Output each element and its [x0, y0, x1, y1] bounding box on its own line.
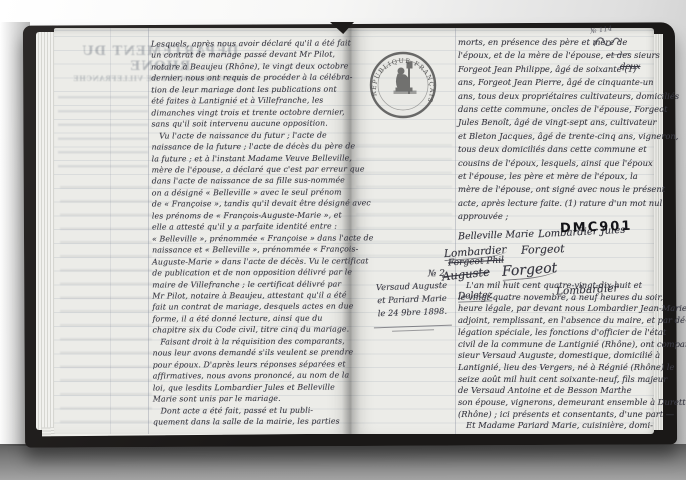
- handwritten-line: morts, en présence des père et mère de: [458, 36, 654, 49]
- margin-note-rule: [374, 325, 452, 329]
- handwritten-line: sans qu'il soit intervenu aucune opposit…: [151, 118, 353, 131]
- paraph-flourish: [592, 34, 622, 50]
- handwritten-line: et Bleton Jacques, âgé de trente-cinq an…: [458, 130, 654, 143]
- right-page-act-opening: L'an mil huit cent quatre-vingt-dix-huit…: [458, 280, 654, 432]
- handwritten-line: naissance et « Belleville », prénommée «…: [152, 244, 354, 257]
- handwritten-line: de Versaud Antoine et de Besson Marthe: [458, 385, 654, 397]
- handwritten-line: L'an mil huit cent quatre-vingt-dix-huit…: [458, 280, 654, 292]
- handwritten-line: dans l'acte de naissance de sa fille sus…: [152, 175, 354, 188]
- handwritten-line: chapitre six du Code civil, titre cinq d…: [152, 324, 354, 337]
- signature-forgeot: Forgeot: [521, 242, 565, 257]
- handwritten-line: nous leur avons demandé s'ils veulent se…: [153, 347, 355, 360]
- register-book: DÉPARTEMENT DU RHONE ARRONDISSEMENT DE V…: [24, 24, 676, 446]
- handwritten-line: légation spéciale, les fonctions d'offic…: [458, 327, 654, 339]
- handwritten-line: dans cette commune, oncles de l'épouse, …: [458, 103, 654, 116]
- handwritten-line: Lantignié, lieu des Vergers, né à Régnié…: [458, 362, 654, 374]
- handwritten-line: sieur Versaud Auguste, domestique, domic…: [458, 350, 654, 362]
- handwritten-line: adjoint, remplissant, en l'absence du ma…: [458, 315, 654, 327]
- handwritten-line: (Rhône) ; ici présents et consentants, d…: [458, 409, 654, 421]
- handwritten-line: naissance de la future ; l'acte de décès…: [152, 141, 354, 154]
- republique-francaise-stamp: RÉPUBLIQUE FRANÇAISE: [368, 50, 438, 120]
- handwritten-line: loi, que lesdits Lombardier Jules et Bel…: [153, 381, 355, 394]
- left-page-act-text: Lesquels, après nous avoir déclaré qu'il…: [151, 37, 355, 427]
- handwritten-line: mère de l'épouse, ont signé avec nous le…: [458, 183, 654, 196]
- table-shadow: [0, 444, 686, 480]
- handwritten-line: un contrat de mariage passé devant Mr Pi…: [151, 49, 353, 62]
- handwritten-line: de publication et de non opposition déli…: [152, 267, 354, 280]
- handwritten-line: été faites à Lantignié et à Villefranche…: [151, 95, 353, 108]
- scanned-register-photo: { "colors": { "ink": "#3a3a44", "page": …: [0, 0, 686, 480]
- handwritten-line: seize août mil huit cent soixante-neuf, …: [458, 374, 654, 386]
- handwritten-line: le vingt-quatre novembre, à neuf heures …: [458, 292, 654, 304]
- margin-note-date: le 24 9bre 1898.: [362, 304, 462, 320]
- handwritten-line: tous deux domiciliés dans cette commune …: [458, 143, 654, 156]
- handwritten-line: heure légale, par devant nous Lombardier…: [458, 303, 654, 315]
- handwritten-line: affirmatives, nous avons prononcé, au no…: [153, 370, 355, 383]
- handwritten-line: quement dans la salle de la mairie, les …: [153, 415, 355, 428]
- page-stack-left-edge: [36, 32, 54, 430]
- archival-ink-mark: DMC901: [560, 219, 633, 237]
- right-page-margin-rule: [455, 28, 456, 434]
- handwritten-line: fait un contrat de mariage, desquels act…: [152, 301, 354, 314]
- handwritten-line: cousins de l'époux, lesquels, ainsi que …: [458, 157, 654, 170]
- margin-note: № 2 Versaud Auguste et Pariard Marie le …: [361, 268, 463, 332]
- handwritten-line: son épouse, vignerons, demeurant ensembl…: [458, 397, 654, 409]
- bleedthrough-printed-block: [58, 96, 148, 174]
- handwritten-line: ans, tous deux propriétaires cultivateur…: [458, 90, 654, 103]
- handwritten-line: et l'épouse, les père et mère de l'époux…: [458, 170, 654, 183]
- handwritten-line: elle a attesté qu'il y a parfaite identi…: [152, 221, 354, 234]
- handwritten-line: de « Françoise », tandis qu'il devait êt…: [152, 198, 354, 211]
- handwritten-line: ans, Forgeot Jean Pierre, âgé de cinquan…: [458, 76, 654, 89]
- handwritten-line: Jules Benoît, âgé de vingt-sept ans, cul…: [458, 116, 654, 129]
- bleedthrough-handwriting-left: [60, 186, 152, 428]
- handwritten-line: civil de la commune de Lantignié (Rhône)…: [458, 339, 654, 351]
- struck-out-word: deux: [620, 61, 640, 71]
- handwritten-line: acte, après lecture faite. (1) rature d'…: [458, 197, 654, 210]
- handwritten-line: Et Madame Pariard Marie, cuisinière, dom…: [458, 420, 654, 432]
- handwritten-line: dernier, nous ont requis de procéder à l…: [151, 72, 353, 85]
